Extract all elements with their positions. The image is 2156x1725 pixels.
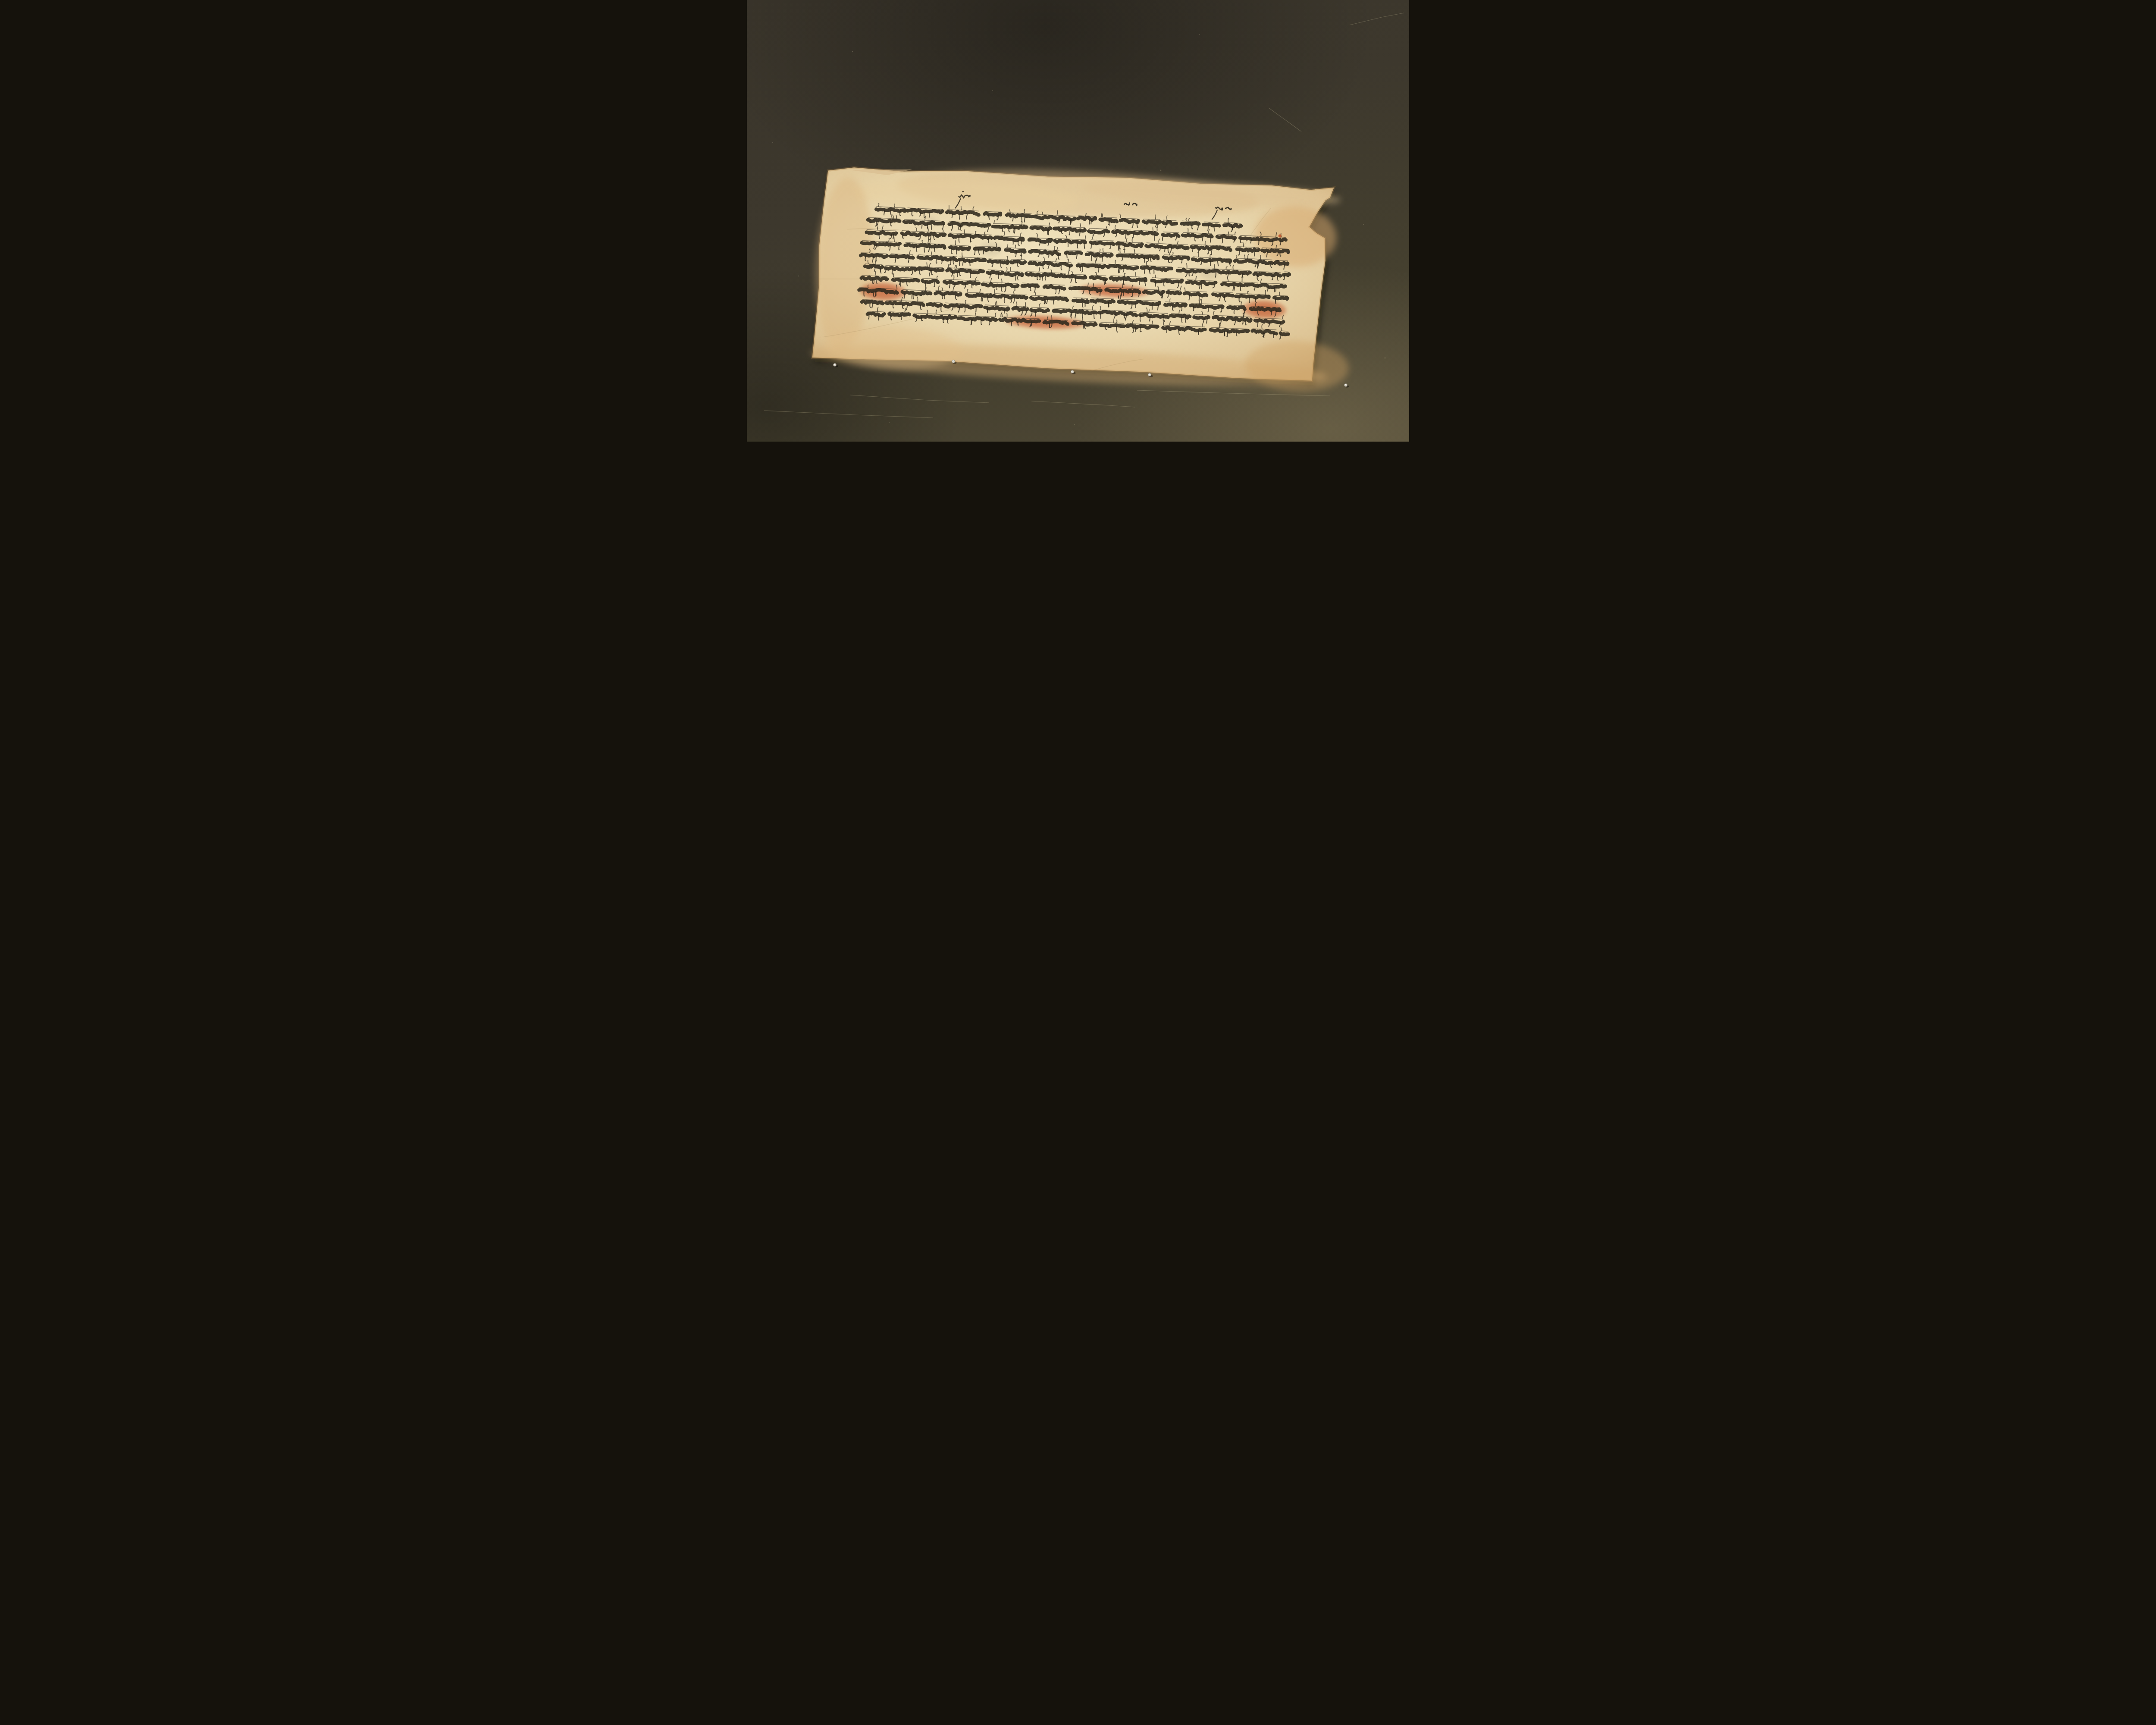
- photograph-of-manuscript: ওঁ ৭ঽ যু ৪ যুধিষ্ঠিরউবাচ উবাচ অর্জুন সঞ্…: [747, 0, 1409, 442]
- manuscript-leaf: [810, 159, 1357, 395]
- scene-svg: [747, 0, 1409, 442]
